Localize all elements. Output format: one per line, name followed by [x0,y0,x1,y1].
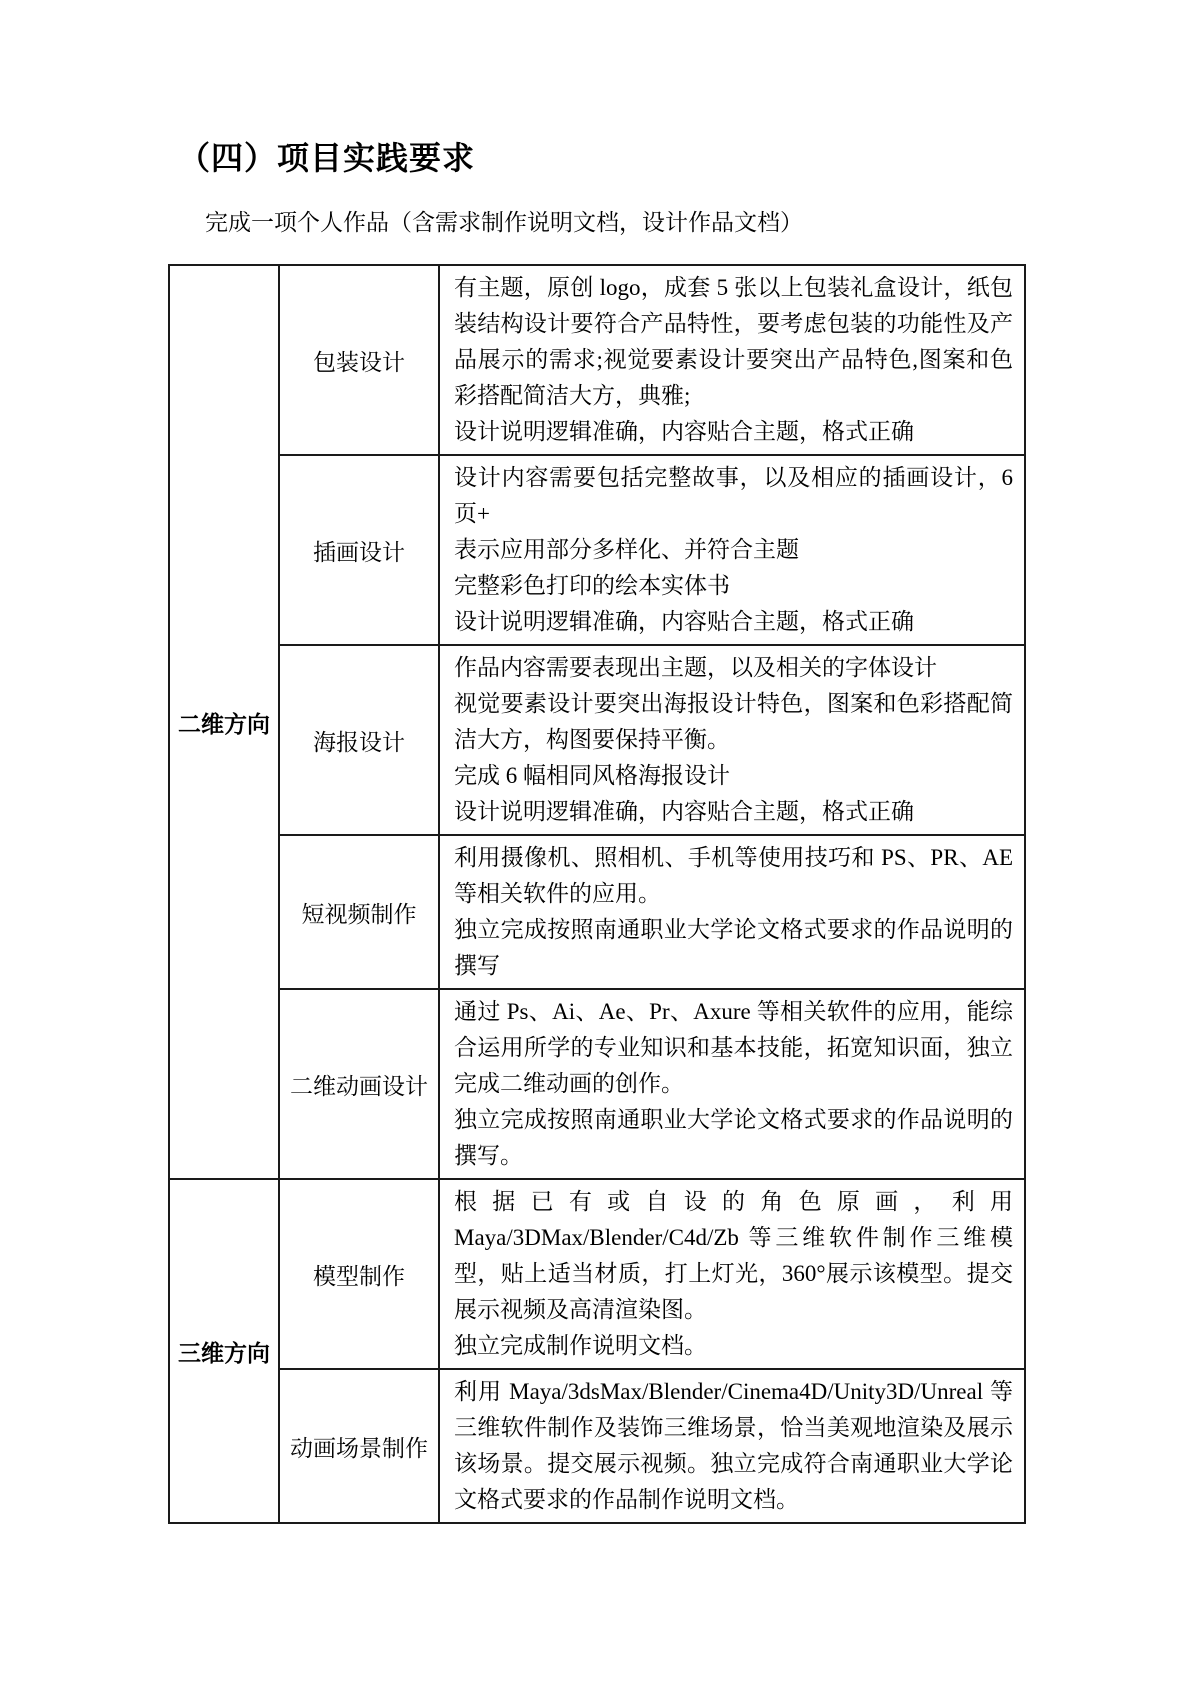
table-row: 二维动画设计 通过 Ps、Ai、Ae、Pr、Axure 等相关软件的应用，能综合… [169,989,1025,1179]
category-cell-illustration: 插画设计 [279,455,439,645]
intro-text: 完成一项个人作品（含需求制作说明文档，设计作品文档） [205,206,1191,240]
table-row: 短视频制作 利用摄像机、照相机、手机等使用技巧和 PS、PR、AE 等相关软件的… [169,835,1025,989]
document-page: （四）项目实践要求 完成一项个人作品（含需求制作说明文档，设计作品文档） 二维方… [0,0,1191,1684]
category-cell-animation-scene: 动画场景制作 [279,1369,439,1523]
category-cell-2d-animation: 二维动画设计 [279,989,439,1179]
category-cell-poster: 海报设计 [279,645,439,835]
table-row: 动画场景制作 利用 Maya/3dsMax/Blender/Cinema4D/U… [169,1369,1025,1523]
group-cell-3d: 三维方向 [169,1179,279,1523]
requirements-table-body: 二维方向 包装设计 有主题，原创 logo，成套 5 张以上包装礼盒设计，纸包装… [169,265,1025,1523]
category-cell-short-video: 短视频制作 [279,835,439,989]
requirements-cell-poster: 作品内容需要表现出主题，以及相关的字体设计 视觉要素设计要突出海报设计特色，图案… [439,645,1025,835]
requirements-cell-animation-scene: 利用 Maya/3dsMax/Blender/Cinema4D/Unity3D/… [439,1369,1025,1523]
category-cell-packaging: 包装设计 [279,265,439,455]
category-cell-modeling: 模型制作 [279,1179,439,1369]
section-heading: （四）项目实践要求 [178,138,1191,178]
requirements-cell-short-video: 利用摄像机、照相机、手机等使用技巧和 PS、PR、AE 等相关软件的应用。 独立… [439,835,1025,989]
requirements-table: 二维方向 包装设计 有主题，原创 logo，成套 5 张以上包装礼盒设计，纸包装… [168,264,1026,1524]
table-row: 插画设计 设计内容需要包括完整故事，以及相应的插画设计，6 页+ 表示应用部分多… [169,455,1025,645]
table-row: 二维方向 包装设计 有主题，原创 logo，成套 5 张以上包装礼盒设计，纸包装… [169,265,1025,455]
requirements-cell-2d-animation: 通过 Ps、Ai、Ae、Pr、Axure 等相关软件的应用，能综合运用所学的专业… [439,989,1025,1179]
requirements-cell-packaging: 有主题，原创 logo，成套 5 张以上包装礼盒设计，纸包装结构设计要符合产品特… [439,265,1025,455]
group-cell-2d: 二维方向 [169,265,279,1179]
table-row: 海报设计 作品内容需要表现出主题，以及相关的字体设计 视觉要素设计要突出海报设计… [169,645,1025,835]
table-row: 三维方向 模型制作 根据已有或自设的角色原画，利用 Maya/3DMax/Ble… [169,1179,1025,1369]
requirements-cell-modeling: 根据已有或自设的角色原画，利用 Maya/3DMax/Blender/C4d/Z… [439,1179,1025,1369]
requirements-cell-illustration: 设计内容需要包括完整故事，以及相应的插画设计，6 页+ 表示应用部分多样化、并符… [439,455,1025,645]
